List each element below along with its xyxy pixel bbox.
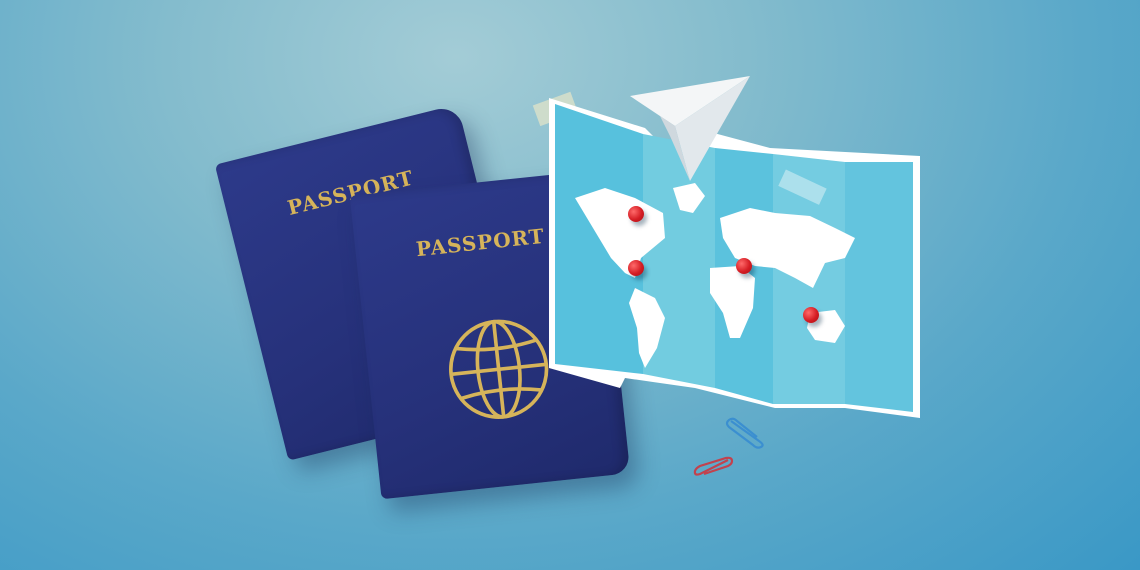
globe-icon: [442, 312, 556, 426]
paper-clip-blue-icon: [725, 415, 767, 449]
map-pin-indonesia: [803, 307, 819, 323]
map-pin-central-america: [628, 260, 644, 276]
map-pin-middle-east: [736, 258, 752, 274]
travel-illustration: PASSPORT PASSPORT: [0, 0, 1140, 570]
paper-clip-red-icon: [692, 456, 734, 480]
paper-plane-icon: [630, 76, 755, 186]
map-pin-north-america: [628, 206, 644, 222]
